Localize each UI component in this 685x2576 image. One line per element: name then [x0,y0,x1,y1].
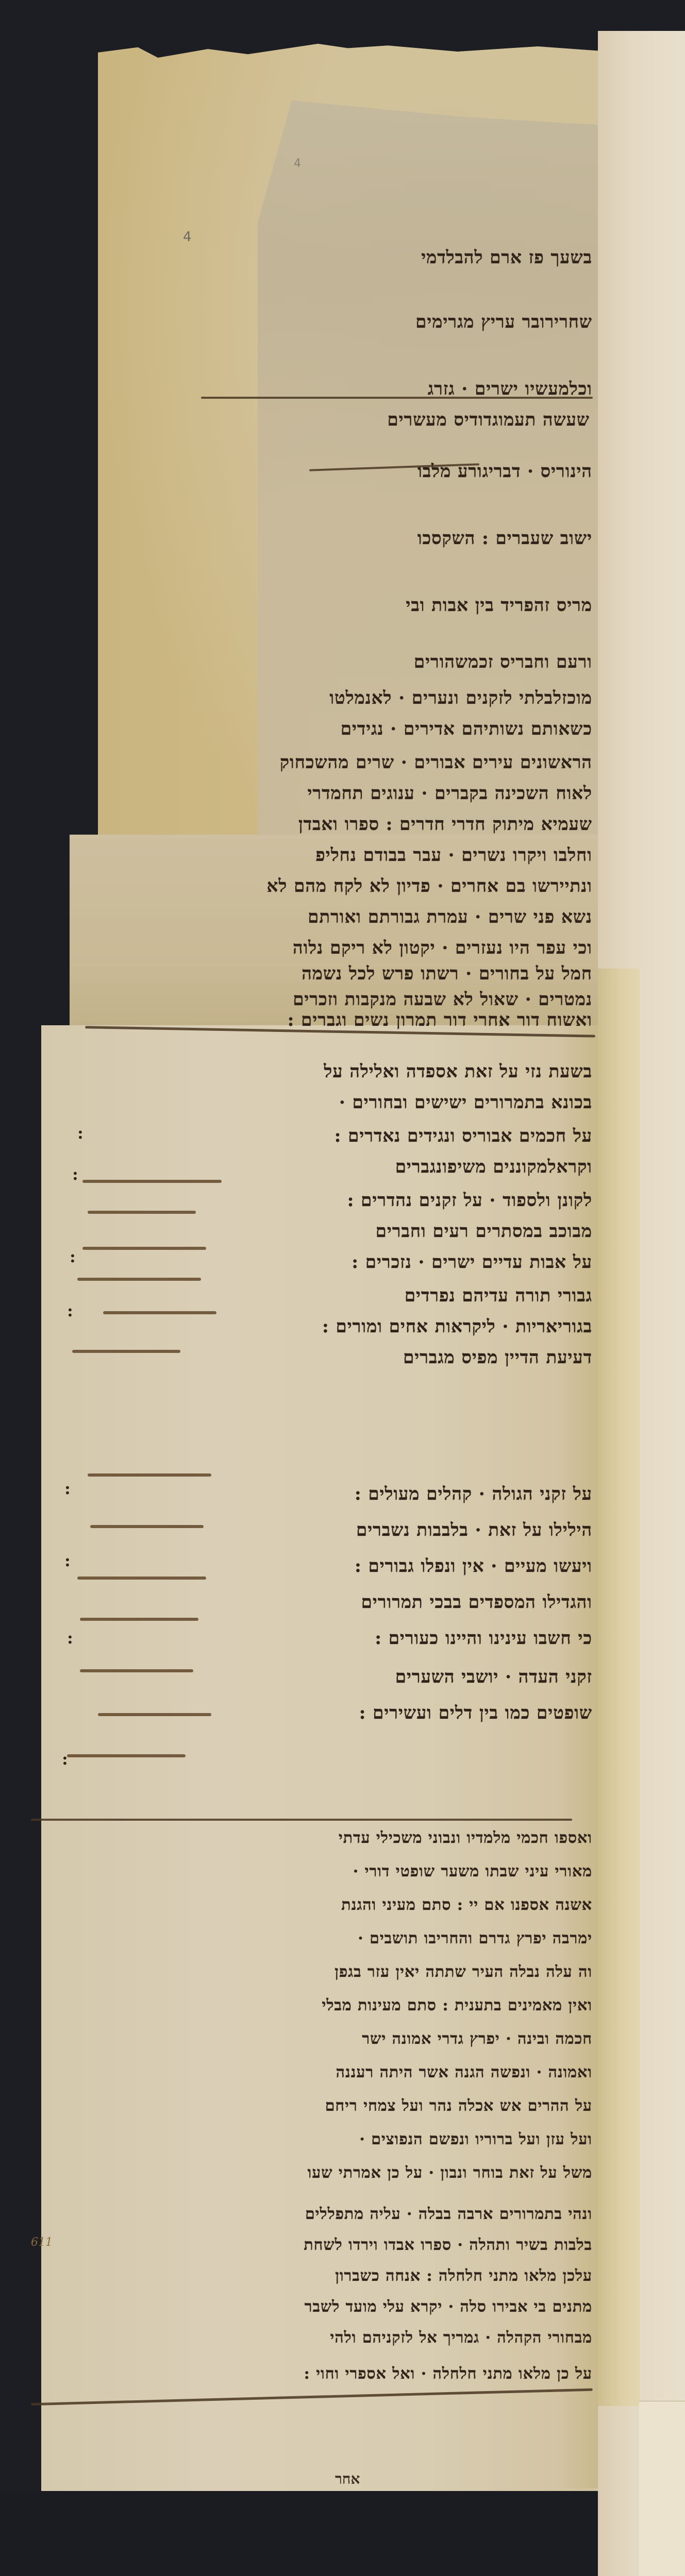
text-line: ונהי בתמרורים ארבה בבלה · עליה מתפללים [305,2205,592,2223]
text-line: על כן מלאו מתני חלחלה · ואל אספרי וחוי : [304,2365,592,2383]
line-filler-stroke [67,1754,186,1757]
text-line: ימרבה יפרץ גדרם והחריבו תושבים · [358,1929,592,1947]
text-line: שופטים כמו בין דלים ועשירים : [359,1703,592,1723]
text-line: חכמה ובינה · יפרץ גדרי אמונה ישר [362,2030,592,2048]
text-line: והגדילו המספדים בבכי תמרורים [361,1592,592,1613]
verse-end-mark: : [67,1301,73,1320]
folio-number: 4 [183,229,192,245]
text-line: עלכן מלאו מתני חלחלה : אנחה כשברון [335,2267,592,2285]
text-line: מוכזלבלתי לזקנים ונערים · לאנמלטו [329,688,592,708]
section-heading: בשעת נזי על זאת אספדה ואלילה על [324,1061,592,1082]
text-line: כשאותם נשותיהם אדירים · נגידים [341,719,592,739]
backing-paper-torn-piece [639,2401,685,2576]
text-line: אשנה אספנו אם יי : סתם מעיני והגנת [341,1896,592,1914]
text-line: נשא פני שרים · עמרת גבורתם ואורתם [308,907,592,927]
text-line: חמל על בחורים · רשתו פרש לכל נשמה [302,963,592,984]
section-heading: בשעך פז ארם להבלדמי [421,247,592,268]
text-line: וחלבו ויקרו נשרים · עבר בבודם נחליפ [315,845,592,866]
text-line: הראשונים עירים אבורים · שרים מהשכחוק [280,752,592,773]
line-filler-stroke [77,1278,201,1281]
text-line: על ההרים אש אכלה נהר ועל צמחי ריחם [325,2097,592,2115]
text-line: לאוח השכינה בקברים · ענוגים תחמדרי [308,783,592,804]
text-line: בגוריאריות · ליקראות אחים ומורים : [322,1316,592,1337]
verse-end-mark: : [67,1628,73,1648]
text-line: מבחורי הקהלה · גמריך אל לזקניהם ולהי [330,2329,592,2347]
text-line: מבוכב במסתרים רעים וחברים [376,1221,592,1242]
verse-end-mark: : [64,1551,71,1570]
text-line: דעיעת הדיין מפיס מגברים [403,1347,592,1368]
text-line: ואין מאמינים בתענית : סתם מעינות מבלי [322,1996,592,2014]
line-filler-stroke [82,1247,206,1250]
dark-mount-bottom [0,2491,598,2576]
text-line: שעמיא מיתוק חדרי חדרים : ספרו ואבדן [298,814,592,835]
text-line: וכי עפר היו נעזרים · יקטון לא ריקם נלוה [293,938,592,958]
line-filler-stroke [88,1473,211,1477]
backing-paper-tab [592,969,640,2406]
text-line: ישוב שעברים : השקסכו [417,528,592,549]
text-line: ויעשו מעיים · אין ונפלו גבורים : [355,1556,592,1577]
text-line: משל על זאת בוחר ונבון · על כן אמרתי שעו [308,2164,592,2182]
text-line: ואשוח דור אחרי דור תמרון נשים וגברים : [288,1010,592,1030]
text-line: ונתיירשו בם אחרים · פדיון לא לקח מהם לא [267,876,592,896]
catchword: אחר [335,2470,360,2488]
text-line: על זקני הגולה · קהלים מעולים : [355,1484,592,1504]
text-line: בכונא בתמרורים ישישים ובחורים · [339,1092,592,1113]
text-line: מתנים בי אבירו סלה · יקרא עלי מועד לשבר [305,2298,592,2316]
line-filler-stroke [90,1525,204,1528]
text-line: מאורי עיני שבתו משער שופטי דורי · [353,1862,592,1880]
line-filler-stroke [88,1211,196,1214]
text-line: וקראלמקוננים משיפונגברים [395,1157,592,1177]
section-divider-rule [31,1819,572,1821]
text-line: הילילו על זאת · בלבבות נשברים [356,1520,592,1540]
section-divider-rule [201,397,593,399]
line-filler-stroke [98,1713,211,1716]
line-filler-stroke [72,1350,180,1353]
verse-end-mark: : [72,1164,78,1184]
line-filler-stroke [80,1618,198,1621]
text-line: על אבות עדיים ישרים · נזכרים : [352,1252,592,1273]
text-line: נמטרים · שאול לא שבעה מנקבות וזכרים [293,989,592,1010]
margin-number: 611 [31,2236,53,2249]
line-filler-stroke [82,1180,222,1183]
text-line: שחרירובר עריץ מגרימים [415,312,592,332]
line-filler-stroke [103,1311,216,1314]
text-line: ועל עזן ועל ברוריו ונפשם הנפוצים · [359,2130,592,2148]
line-filler-stroke [80,1669,193,1672]
verse-end-mark: : [77,1123,83,1143]
text-line: לקונן ולספוד · על זקנים נהדרים : [347,1190,592,1211]
text-line: וכלמעשיו ישרים · גזרג [428,379,592,399]
folio-number-faint: 4 [294,157,301,170]
text-line: גבורי תורה עדיהם נפרדים [405,1285,592,1306]
text-line: כי חשבו עינינו והיינו כעורים : [375,1628,592,1649]
text-line: ורעם וחבריס זכמשהורים [414,652,592,672]
text-line: על חכמים אבוריס ונגידים נאדרים : [335,1126,592,1146]
verse-end-mark: : [70,1247,76,1266]
verse-end-mark: : [64,1479,71,1498]
text-line: ואמונה · ונפשה הגנה אשר היתה רעננה [336,2063,592,2081]
text-line: ואספו חכמי מלמדיו ונבוני משכילי עדתי [339,1829,592,1847]
verse-end-mark: : [62,1749,68,1769]
text-line: בלבות בשיר ותהלה · ספרו אבדו וירדו לשחת [304,2236,592,2254]
text-line: שעשה תעמוגדודיס מעשרים [387,410,590,430]
text-line: מריס זהפריד בין אבות ובי [406,595,592,616]
text-line: זקני העדה · יושבי השערים [395,1667,592,1687]
text-line: וה עלה נבלה העיר שתתה יאין עזר בגפן [335,1963,592,1981]
line-filler-stroke [77,1577,206,1580]
